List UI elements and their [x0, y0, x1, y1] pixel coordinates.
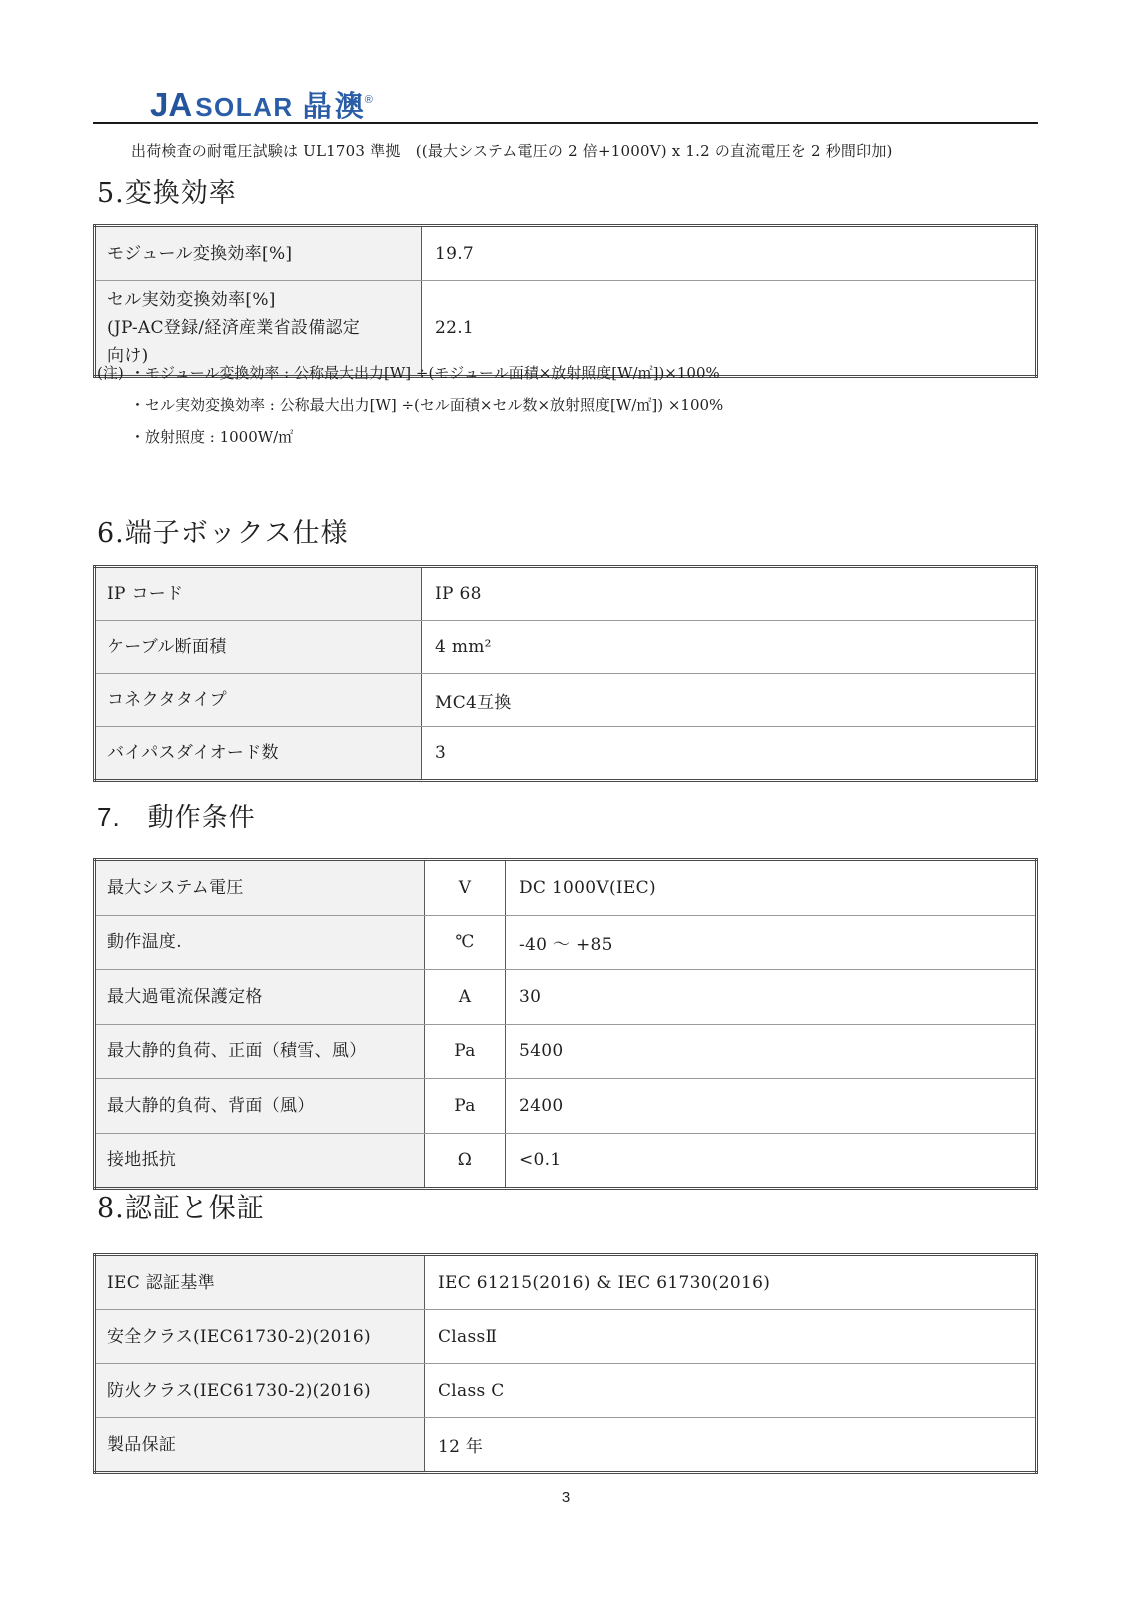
logo-ja-text: JA	[150, 86, 192, 124]
table-row: IEC 認証基準 IEC 61215(2016) & IEC 61730(201…	[95, 1255, 1037, 1310]
efficiency-table: モジュール変換効率[%] 19.7 セル実効変換効率[%] (JP-AC登録/経…	[93, 224, 1038, 378]
row-value-cell: IP 68	[422, 567, 1037, 621]
row-value-cell: <0.1	[506, 1133, 1037, 1189]
row-label-cell: IP コード	[95, 567, 422, 621]
row-label-cell: 最大静的負荷、正面（積雪、風）	[95, 1024, 425, 1079]
row-value-cell: 4 mm²	[422, 621, 1037, 674]
row-value-cell: -40 ～ +85	[506, 915, 1037, 970]
row-unit-cell: Pa	[425, 1079, 506, 1134]
row-value-cell: ClassⅡ	[425, 1310, 1037, 1364]
row-value-cell: 30	[506, 970, 1037, 1025]
section-8-heading: 8.認証と保証	[97, 1186, 265, 1225]
table-row: モジュール変換効率[%] 19.7	[95, 226, 1037, 281]
row-unit-cell: A	[425, 970, 506, 1025]
ja-solar-logo: JASOLAR晶澳®	[150, 84, 375, 125]
table-row: 防火クラス(IEC61730-2)(2016) Class C	[95, 1364, 1037, 1418]
row-label-cell: コネクタタイプ	[95, 674, 422, 727]
row-label-cell: 接地抵抗	[95, 1133, 425, 1189]
row-label-cell: 最大静的負荷、背面（風）	[95, 1079, 425, 1134]
table-row: 接地抵抗 Ω <0.1	[95, 1133, 1037, 1189]
row-value-cell: 5400	[506, 1024, 1037, 1079]
table-row: 製品保証 12 年	[95, 1418, 1037, 1473]
row-value-cell: 3	[422, 727, 1037, 781]
row-value-cell: 12 年	[425, 1418, 1037, 1473]
logo-solar-text: SOLAR	[195, 92, 294, 123]
row-label-cell: バイパスダイオード数	[95, 727, 422, 781]
row-value-cell: Class C	[425, 1364, 1037, 1418]
operating-conditions-table: 最大システム電圧 V DC 1000V(IEC) 動作温度. ℃ -40 ～ +…	[93, 858, 1038, 1190]
note-line: ・セル実効変換効率 : 公称最大出力[W] ÷(セル面積×セル数×放射照度[W/…	[130, 395, 723, 415]
row-value-cell: 19.7	[422, 226, 1037, 281]
efficiency-notes: (注) ・モジュール変換効率 : 公称最大出力[W] ÷(モジュール面積×放射照…	[97, 363, 723, 459]
row-value-cell: IEC 61215(2016) & IEC 61730(2016)	[425, 1255, 1037, 1310]
row-unit-cell: Pa	[425, 1024, 506, 1079]
row-unit-cell: V	[425, 860, 506, 916]
table-row: 最大過電流保護定格 A 30	[95, 970, 1037, 1025]
table-row: 動作温度. ℃ -40 ～ +85	[95, 915, 1037, 970]
row-label-cell: モジュール変換効率[%]	[95, 226, 422, 281]
row-unit-cell: Ω	[425, 1133, 506, 1189]
row-label-cell: IEC 認証基準	[95, 1255, 425, 1310]
section-5-heading: 5.変換効率	[97, 171, 237, 210]
note-text: ・モジュール変換効率 : 公称最大出力[W] ÷(モジュール面積×放射照度[W/…	[130, 363, 720, 383]
note-text: ・セル実効変換効率 : 公称最大出力[W] ÷(セル面積×セル数×放射照度[W/…	[130, 395, 723, 415]
section-6-heading: 6.端子ボックス仕様	[97, 511, 349, 550]
table-row: 最大システム電圧 V DC 1000V(IEC)	[95, 860, 1037, 916]
row-label-cell: 製品保証	[95, 1418, 425, 1473]
registered-trademark-icon: ®	[365, 94, 373, 106]
row-label-cell: 最大過電流保護定格	[95, 970, 425, 1025]
row-label-cell: 動作温度.	[95, 915, 425, 970]
table-row: バイパスダイオード数 3	[95, 727, 1037, 781]
section-7-heading: 7. 動作条件	[97, 797, 256, 834]
row-value-cell: MC4互換	[422, 674, 1037, 727]
note-text: ・放射照度 : 1000W/㎡	[130, 427, 293, 447]
logo-cjk-text: 晶澳	[303, 84, 367, 125]
row-label-cell: 安全クラス(IEC61730-2)(2016)	[95, 1310, 425, 1364]
row-label-cell: ケーブル断面積	[95, 621, 422, 674]
row-label-cell: 防火クラス(IEC61730-2)(2016)	[95, 1364, 425, 1418]
row-unit-cell: ℃	[425, 915, 506, 970]
row-value-cell: 2400	[506, 1079, 1037, 1134]
header-divider	[93, 122, 1038, 124]
note-line: (注) ・モジュール変換効率 : 公称最大出力[W] ÷(モジュール面積×放射照…	[97, 363, 723, 383]
table-row: 最大静的負荷、背面（風） Pa 2400	[95, 1079, 1037, 1134]
header-note: 出荷検査の耐電圧試験は UL1703 準拠 ((最大システム電圧の 2 倍+10…	[131, 140, 893, 161]
note-line: ・放射照度 : 1000W/㎡	[130, 427, 723, 447]
note-prefix: (注)	[97, 363, 130, 383]
table-row: コネクタタイプ MC4互換	[95, 674, 1037, 727]
table-row: IP コード IP 68	[95, 567, 1037, 621]
row-value-cell: DC 1000V(IEC)	[506, 860, 1037, 916]
page-number: 3	[0, 1489, 1132, 1506]
table-row: ケーブル断面積 4 mm²	[95, 621, 1037, 674]
table-row: 安全クラス(IEC61730-2)(2016) ClassⅡ	[95, 1310, 1037, 1364]
table-row: 最大静的負荷、正面（積雪、風） Pa 5400	[95, 1024, 1037, 1079]
row-label-cell: 最大システム電圧	[95, 860, 425, 916]
junction-box-table: IP コード IP 68 ケーブル断面積 4 mm² コネクタタイプ MC4互換…	[93, 565, 1038, 782]
certification-table: IEC 認証基準 IEC 61215(2016) & IEC 61730(201…	[93, 1253, 1038, 1474]
